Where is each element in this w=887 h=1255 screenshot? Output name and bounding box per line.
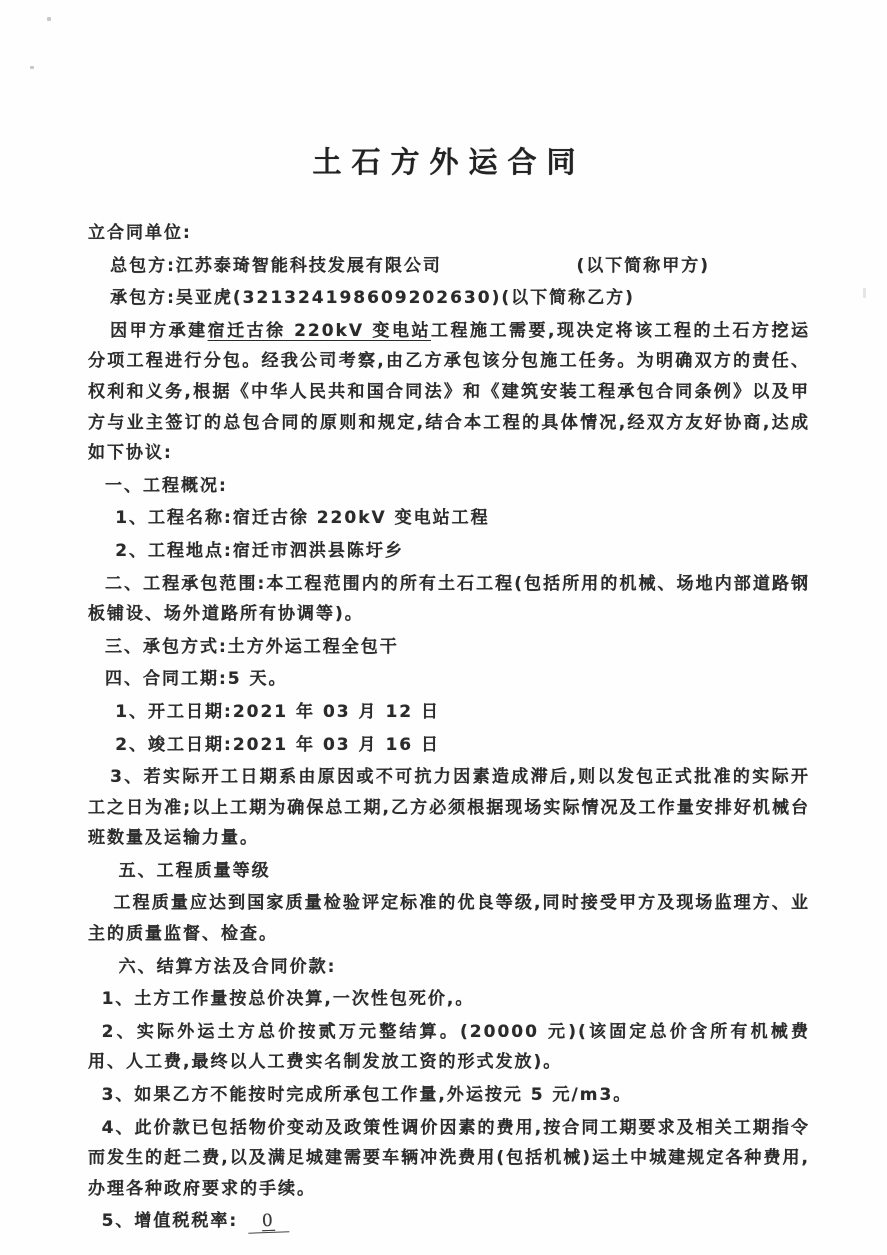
text-segment: 四、合同工期:5 天。 xyxy=(105,669,288,689)
parties-header: 立合同单位: xyxy=(88,218,810,249)
section-6-heading: 六、结算方法及合同价款: xyxy=(88,952,810,983)
text-segment: 1、土方工作量按总价决算,一次性包死价,。 xyxy=(102,989,475,1009)
section-1-item-1: 1、工程名称:宿迁古徐 220kV 变电站工程 xyxy=(88,503,810,534)
text-segment: 2、竣工日期:2021 年 03 月 16 日 xyxy=(115,735,440,755)
preamble: 因甲方承建宿迁古徐 220kV 变电站工程施工需要,现决定将该工程的土石方挖运分… xyxy=(88,316,810,469)
section-2: 二、工程承包范围:本工程范围内的所有土石工程(包括所用的机械、场地内部道路钢板铺… xyxy=(88,569,810,630)
text-segment: 2、工程地点:宿迁市泗洪县陈圩乡 xyxy=(115,541,404,561)
text-segment: 一、工程概况: xyxy=(105,476,228,496)
section-1-heading: 一、工程概况: xyxy=(88,471,810,502)
text-segment: 因甲方承建 xyxy=(110,321,208,341)
text-segment: 2、实际外运土方总价按贰万元整结算。(20000 元)(该固定总价含所有机械费用… xyxy=(88,1022,810,1073)
section-6-item-2: 2、实际外运土方总价按贰万元整结算。(20000 元)(该固定总价含所有机械费用… xyxy=(88,1017,810,1078)
vat-rate-line: 5、增值税税率:0 xyxy=(88,1206,810,1237)
section-6-item-1: 1、土方工作量按总价决算,一次性包死价,。 xyxy=(88,984,810,1015)
section-3: 三、承包方式:土方外运工程全包干 xyxy=(88,632,810,663)
text-segment: 二、工程承包范围:本工程范围内的所有土石工程(包括所用的机械、场地内部道路钢板铺… xyxy=(88,574,810,625)
section-4-item-1: 1、开工日期:2021 年 03 月 12 日 xyxy=(88,697,810,728)
general-contractor-line: 总包方:江苏泰琦智能科技发展有限公司(以下简称甲方) xyxy=(88,251,810,282)
section-1-item-2: 2、工程地点:宿迁市泗洪县陈圩乡 xyxy=(88,536,810,567)
text-segment: 工程施工需要,现决定将该工程的土石方挖运分项工程进行分包。经我公司考察,由乙方承… xyxy=(88,321,810,463)
right-aligned-note: (以下简称甲方) xyxy=(554,251,710,282)
scan-artifact-speck xyxy=(47,17,51,21)
section-4-item-2: 2、竣工日期:2021 年 03 月 16 日 xyxy=(88,730,810,761)
text-segment: 三、承包方式:土方外运工程全包干 xyxy=(105,637,399,657)
text-segment: 五、工程质量等级 xyxy=(119,861,271,881)
document-body: 立合同单位:总包方:江苏泰琦智能科技发展有限公司(以下简称甲方)承包方:吴亚虎(… xyxy=(88,218,810,1237)
section-5-heading: 五、工程质量等级 xyxy=(88,856,810,887)
section-5-body: 工程质量应达到国家质量检验评定标准的优良等级,同时接受甲方及现场监理方、业主的质… xyxy=(88,888,810,949)
section-4: 四、合同工期:5 天。 xyxy=(88,664,810,695)
text-segment: 立合同单位: xyxy=(88,223,192,243)
document-title: 土石方外运合同 xyxy=(88,142,810,182)
text-segment: 1、工程名称:宿迁古徐 220kV 变电站工程 xyxy=(115,508,489,528)
scan-artifact-speck xyxy=(30,66,34,69)
underlined-text: 宿迁古徐 220kV 变电站 xyxy=(208,321,431,341)
scanned-contract-page: 土石方外运合同 立合同单位:总包方:江苏泰琦智能科技发展有限公司(以下简称甲方)… xyxy=(0,0,887,1255)
text-segment: 六、结算方法及合同价款: xyxy=(119,957,337,977)
text-segment: 5、增值税税率: xyxy=(102,1211,239,1231)
text-segment: 1、开工日期:2021 年 03 月 12 日 xyxy=(115,702,440,722)
subcontractor-line: 承包方:吴亚虎(321324198609202630)(以下简称乙方) xyxy=(88,283,810,314)
section-4-item-3: 3、若实际开工日期系由原因或不可抗力因素造成滞后,则以发包正式批准的实际开工之日… xyxy=(88,762,810,854)
section-6-item-3: 3、如果乙方不能按时完成所承包工作量,外运按元 5 元/m3。 xyxy=(88,1080,810,1111)
text-segment: 3、若实际开工日期系由原因或不可抗力因素造成滞后,则以发包正式批准的实际开工之日… xyxy=(88,767,810,848)
text-segment: 工程质量应达到国家质量检验评定标准的优良等级,同时接受甲方及现场监理方、业主的质… xyxy=(88,893,810,944)
section-6-item-4: 4、此价款已包括物价变动及政策性调价因素的费用,按合同工期要求及相关工期指令而发… xyxy=(88,1113,810,1205)
text-segment: 3、如果乙方不能按时完成所承包工作量,外运按元 5 元/m3。 xyxy=(102,1085,633,1105)
scan-artifact-speck xyxy=(863,288,866,298)
text-segment: 4、此价款已包括物价变动及政策性调价因素的费用,按合同工期要求及相关工期指令而发… xyxy=(88,1118,810,1199)
text-segment: 承包方:吴亚虎(321324198609202630)(以下简称乙方) xyxy=(110,288,635,308)
handwritten-value: 0 xyxy=(248,1211,290,1235)
text-segment: 总包方:江苏泰琦智能科技发展有限公司 xyxy=(110,256,442,276)
